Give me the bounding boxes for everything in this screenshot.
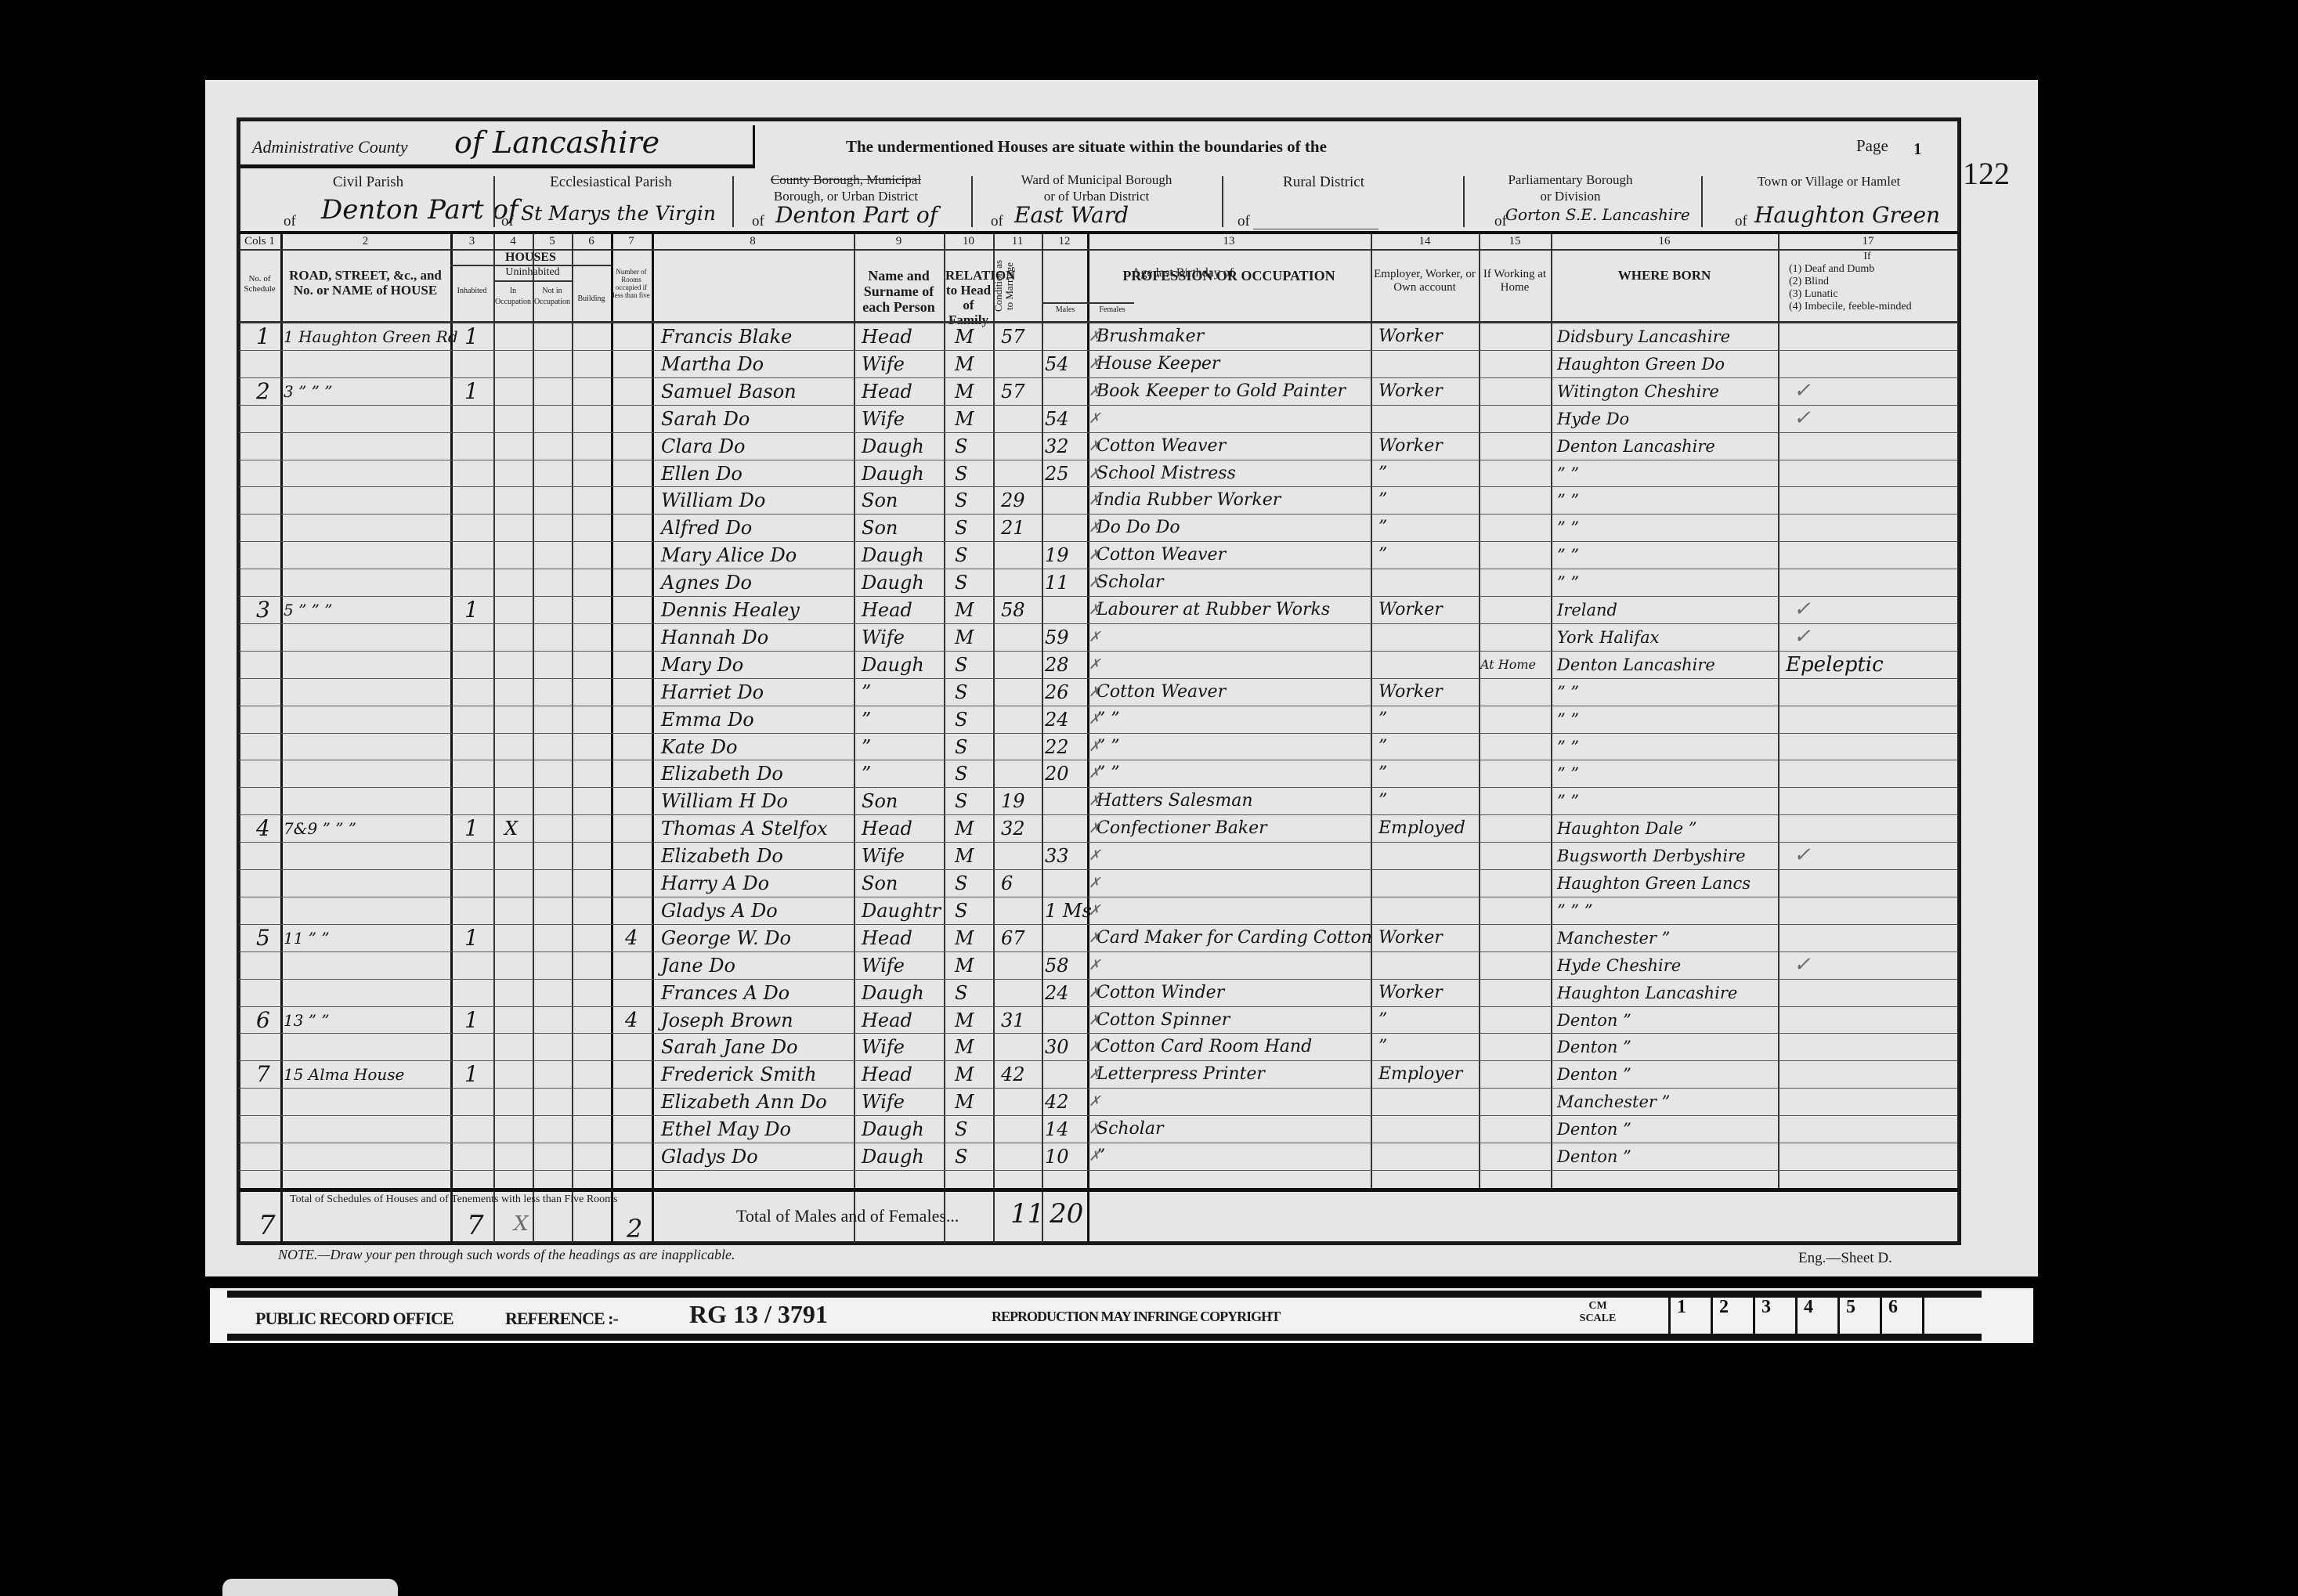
relation: Son	[862, 515, 898, 542]
employer-worker: ”	[1378, 487, 1387, 515]
condition: M	[955, 1034, 974, 1061]
uninhabited-divider	[493, 280, 572, 282]
occupation: Cotton Weaver	[1097, 542, 1226, 569]
rooms-header: Number of Rooms occupied if less than fi…	[611, 268, 652, 299]
total-schedules-label: Total of Schedules of Houses and of Tene…	[290, 1193, 446, 1205]
column-header: No. of Schedule	[240, 274, 279, 294]
relation: ”	[862, 679, 871, 706]
condition: S	[955, 788, 967, 815]
condition: S	[955, 652, 967, 679]
employer-worker: Worker	[1378, 323, 1443, 351]
occupation: School Mistress	[1097, 460, 1236, 488]
person-name: Alfred Do	[661, 515, 752, 542]
age-male: 67	[1001, 925, 1025, 952]
relation: Daugh	[862, 652, 924, 679]
occupation: Cotton Winder	[1097, 980, 1224, 1007]
inhabited: 1	[464, 1061, 479, 1089]
age-male: 58	[1001, 597, 1025, 624]
relation: Head	[862, 815, 912, 843]
civil-parish-label: Civil Parish	[298, 174, 439, 191]
person-name: Clara Do	[661, 433, 745, 460]
age-male: 32	[1001, 815, 1025, 843]
inhabited: 1	[464, 1007, 479, 1035]
occupation: Scholar	[1097, 1116, 1163, 1143]
tick-mark: ✗	[1089, 542, 1100, 569]
tick-mark: ✗	[1089, 980, 1100, 1007]
employer-worker: Worker	[1378, 679, 1443, 706]
person-name: Gladys Do	[661, 1143, 758, 1171]
rooms: 4	[625, 925, 638, 952]
total-schedules: 7	[258, 1210, 276, 1241]
where-born: Hyde Cheshire	[1557, 952, 1681, 980]
age-female: 24	[1045, 706, 1069, 734]
person-name: George W. Do	[661, 925, 791, 952]
column-number: 11	[993, 235, 1042, 248]
relation: Head	[862, 378, 912, 406]
condition: M	[955, 406, 974, 433]
total-females: 20	[1050, 1198, 1083, 1229]
relation: Son	[862, 788, 898, 815]
total-inhabited: 7	[467, 1210, 484, 1241]
address: 13 ” ”	[284, 1007, 330, 1035]
condition: S	[955, 460, 967, 488]
person-name: Gladys A Do	[661, 897, 778, 925]
scale-box: 5	[1837, 1294, 1880, 1334]
column-divider	[652, 233, 654, 1243]
condition: M	[955, 843, 974, 870]
scale-box: 2	[1711, 1294, 1753, 1334]
infirmity-header: (4) Imbecile, feeble-minded	[1789, 301, 1912, 313]
tick-mark: ✗	[1089, 870, 1100, 897]
where-born: Denton ”	[1557, 1143, 1631, 1171]
where-born: ” ” ”	[1557, 897, 1593, 925]
occupation: Cotton Spinner	[1097, 1007, 1230, 1035]
where-born: ” ”	[1557, 487, 1579, 515]
address: 1 Haughton Green Rd	[284, 323, 458, 351]
age-male: 31	[1001, 1007, 1025, 1035]
infirmity-header: (2) Blind	[1789, 276, 1829, 288]
relation: Wife	[862, 952, 905, 980]
where-born: ” ”	[1557, 788, 1579, 815]
tick-mark: ✗	[1089, 652, 1100, 679]
relation: Head	[862, 1061, 912, 1089]
person-name: William H Do	[661, 788, 788, 815]
check-mark: ✓	[1794, 951, 1811, 979]
where-born: Haughton Lancashire	[1557, 980, 1737, 1007]
schedule-number: 4	[256, 815, 270, 843]
building-header: Building	[572, 294, 611, 305]
ward-label-1-text: Ward of Municipal Borough	[1021, 172, 1172, 187]
schedule-number: 2	[256, 378, 270, 406]
occupation: Scholar	[1097, 569, 1163, 597]
person-name: Samuel Bason	[661, 378, 797, 406]
inhabited: 1	[464, 925, 479, 952]
person-name: Martha Do	[661, 351, 764, 378]
address: 15 Alma House	[284, 1061, 404, 1089]
person-name: William Do	[661, 487, 765, 515]
infirmity-header: (3) Lunatic	[1789, 288, 1838, 301]
occupation: Confectioner Baker	[1097, 815, 1267, 843]
condition: M	[955, 597, 974, 624]
infirmity-header: (1) Deaf and Dumb	[1789, 263, 1874, 276]
where-born: Haughton Dale ”	[1557, 815, 1697, 843]
age-female: 26	[1045, 679, 1069, 706]
column-number: 8	[652, 235, 854, 248]
where-born: ” ”	[1557, 515, 1579, 542]
condition: M	[955, 378, 974, 406]
of-4: of	[991, 213, 1003, 230]
column-divider	[944, 233, 945, 1243]
person-name: Jane Do	[661, 952, 735, 980]
column-number: 10	[944, 235, 993, 248]
relation: Daugh	[862, 980, 924, 1007]
of-1: of	[284, 213, 296, 230]
condition: S	[955, 870, 967, 897]
tick-mark: ✗	[1089, 734, 1100, 761]
where-born: ” ”	[1557, 679, 1579, 706]
employer-worker: Worker	[1378, 433, 1443, 460]
inhabited: 1	[464, 378, 479, 406]
employer-worker: ”	[1378, 1034, 1387, 1061]
age-female: 10	[1045, 1143, 1069, 1171]
column-number: 7	[611, 235, 652, 248]
column-header: ROAD, STREET, &c., and No. or NAME of HO…	[282, 268, 449, 298]
not-in-occupation-header: Not in Occupation	[533, 286, 572, 308]
person-name: Ethel May Do	[661, 1116, 791, 1143]
person-name: Sarah Jane Do	[661, 1034, 798, 1061]
relation: Wife	[862, 624, 905, 652]
column-divider	[450, 233, 453, 1243]
relation: ”	[862, 706, 871, 734]
tick-mark: ✗	[1089, 925, 1100, 952]
person-name: Elizabeth Ann Do	[661, 1089, 827, 1116]
employer-worker: ”	[1378, 734, 1387, 761]
tick-mark: ✗	[1089, 760, 1100, 788]
occupation: Letterpress Printer	[1097, 1061, 1265, 1089]
strip-office: PUBLIC RECORD OFFICE	[255, 1309, 453, 1329]
borough-label-1: County Borough, Municipal	[748, 172, 944, 188]
age-male: 6	[1001, 870, 1013, 897]
column-number: 2	[280, 235, 450, 248]
where-born: Didsbury Lancashire	[1557, 323, 1730, 351]
tick-mark: ✗	[1089, 1143, 1100, 1171]
occupation: Cotton Card Room Hand	[1097, 1034, 1312, 1061]
folio-number: 122	[1963, 155, 2010, 192]
total-males: 11	[1010, 1198, 1044, 1229]
employer-worker: Worker	[1378, 925, 1443, 952]
relation: Head	[862, 925, 912, 952]
age-female: 25	[1045, 460, 1069, 488]
relation: Wife	[862, 351, 905, 378]
employer-worker: Worker	[1378, 980, 1443, 1007]
age-male: 57	[1001, 378, 1025, 406]
relation: Son	[862, 870, 898, 897]
occupation: Book Keeper to Gold Painter	[1097, 378, 1346, 406]
condition: M	[955, 1007, 974, 1035]
scale-box: 6	[1880, 1294, 1922, 1334]
where-born: ” ”	[1557, 460, 1579, 488]
tick-mark: ✗	[1089, 1034, 1100, 1061]
occupation: Cotton Weaver	[1097, 433, 1226, 460]
tick-mark: ✗	[1089, 788, 1100, 815]
where-born: Ireland	[1557, 597, 1617, 624]
person-name: Mary Alice Do	[661, 542, 797, 569]
employer-worker: ”	[1378, 515, 1387, 542]
person-name: Francis Blake	[661, 323, 792, 351]
employer-worker: ”	[1378, 460, 1387, 488]
borough-value: Denton Part of	[775, 202, 938, 228]
tick-mark: ✗	[1089, 597, 1100, 624]
where-born: ” ”	[1557, 706, 1579, 734]
where-born: Hyde Do	[1557, 406, 1629, 433]
relation: Wife	[862, 843, 905, 870]
age-female: 14	[1045, 1116, 1069, 1143]
condition: S	[955, 734, 967, 761]
infirmity-header: If	[1789, 251, 1946, 263]
tick-mark: ✗	[1089, 815, 1100, 843]
schedule-number: 5	[256, 925, 270, 952]
person-name: Sarah Do	[661, 406, 750, 433]
rural-label: Rural District	[1238, 174, 1410, 191]
age-female: 28	[1045, 652, 1069, 679]
of-7: of	[1735, 213, 1747, 230]
where-born: Bugsworth Derbyshire	[1557, 843, 1746, 870]
relation: Daughtr	[862, 897, 941, 925]
address: 5 ” ” ”	[284, 597, 332, 624]
condition: M	[955, 1061, 974, 1089]
scale-box: 4	[1795, 1294, 1837, 1334]
column-number: 4	[493, 235, 533, 248]
condition: M	[955, 624, 974, 652]
age-female: 22	[1045, 734, 1069, 761]
scale-box-end	[1922, 1294, 1969, 1334]
tick-mark: ✗	[1089, 843, 1100, 870]
tick-mark: ✗	[1089, 406, 1100, 433]
tick-mark: ✗	[1089, 1116, 1100, 1143]
occupation: Card Maker for Carding Cotton	[1097, 925, 1372, 952]
inhabited: 1	[464, 597, 479, 624]
tick-mark: ✗	[1089, 897, 1100, 925]
town-label: Town or Village or Hamlet	[1707, 174, 1950, 190]
employer-worker: ”	[1378, 760, 1387, 788]
age-female: 20	[1045, 760, 1069, 788]
tick-mark: ✗	[1089, 624, 1100, 652]
person-name: Joseph Brown	[661, 1007, 793, 1035]
person-name: Dennis Healey	[661, 597, 800, 624]
age-female: 30	[1045, 1034, 1069, 1061]
of-2: of	[501, 213, 514, 230]
person-name: Elizabeth Do	[661, 760, 783, 788]
uninhabited-mark: X	[504, 815, 518, 843]
column-number: 17	[1778, 235, 1958, 248]
total-rooms: 2	[627, 1214, 642, 1244]
check-mark: ✓	[1794, 405, 1811, 432]
relation: Daugh	[862, 569, 924, 597]
tick-mark: ✗	[1089, 351, 1100, 378]
where-born: Denton ”	[1557, 1116, 1631, 1143]
footer-note: NOTE.—Draw your pen through such words o…	[278, 1247, 735, 1263]
column-number: 15	[1479, 235, 1551, 248]
check-mark: ✓	[1794, 842, 1811, 869]
tick-mark: ✗	[1089, 1089, 1100, 1116]
tick-mark: ✗	[1089, 433, 1100, 460]
scale-box: 3	[1753, 1294, 1795, 1334]
column-number: 5	[533, 235, 572, 248]
occupation: Labourer at Rubber Works	[1097, 597, 1330, 624]
eccl-parish-label: Ecclesiastical Parish	[517, 174, 705, 191]
column-divider	[572, 233, 573, 1243]
relation: ”	[862, 760, 871, 788]
person-name: Harry A Do	[661, 870, 769, 897]
tick-mark: ✗	[1089, 1007, 1100, 1035]
age-header: Age last Birthday of	[1042, 266, 1324, 280]
person-name: Elizabeth Do	[661, 843, 783, 870]
tick-mark: ✗	[1089, 1061, 1100, 1089]
infirmity: Epeleptic	[1786, 652, 1884, 679]
relation: Head	[862, 323, 912, 351]
condition: S	[955, 569, 967, 597]
relation: Wife	[862, 1034, 905, 1061]
relation: ”	[862, 734, 871, 761]
relation: Daugh	[862, 460, 924, 488]
column-divider	[280, 233, 283, 1243]
employer-worker: Worker	[1378, 597, 1443, 624]
relation: Daugh	[862, 542, 924, 569]
column-header: If Working at Home	[1480, 268, 1549, 294]
employer-worker: ”	[1378, 706, 1387, 734]
civil-parish-value: Denton Part of	[321, 194, 518, 226]
rooms: 4	[625, 1007, 638, 1035]
relation: Head	[862, 597, 912, 624]
condition: S	[955, 515, 967, 542]
town-value: Haughton Green	[1754, 202, 1940, 228]
in-occupation-header: In Occupation	[493, 286, 533, 308]
occupation: Hatters Salesman	[1097, 788, 1252, 815]
condition: M	[955, 323, 974, 351]
employer-worker: ”	[1378, 788, 1387, 815]
of-3: of	[752, 213, 764, 230]
employer-worker: ”	[1378, 1007, 1387, 1035]
eccl-parish-value: St Marys the Virgin	[521, 202, 716, 225]
occupation: Cotton Weaver	[1097, 679, 1226, 706]
occupation: India Rubber Worker	[1097, 487, 1281, 515]
bottom-tab	[222, 1579, 398, 1596]
relation: Head	[862, 1007, 912, 1035]
parl-value: Gorton S.E. Lancashire	[1505, 205, 1690, 224]
column-number: 14	[1371, 235, 1479, 248]
age-female: 54	[1045, 406, 1069, 433]
person-name: Emma Do	[661, 706, 754, 734]
age-male: 21	[1001, 515, 1025, 542]
inhabited-header: Inhabited	[450, 286, 493, 297]
age-divider	[1042, 302, 1134, 304]
person-name: Ellen Do	[661, 460, 743, 488]
column-divider	[533, 233, 534, 1243]
uninhabited-header: Uninhabited	[493, 266, 572, 279]
condition: S	[955, 1143, 967, 1171]
where-born: Manchester ”	[1557, 1089, 1670, 1116]
person-name: Frances A Do	[661, 980, 789, 1007]
tick-mark: ✗	[1089, 706, 1100, 734]
column-header: Name and Surname of each Person	[855, 268, 942, 315]
condition: S	[955, 542, 967, 569]
column-header: WHERE BORN	[1552, 268, 1776, 283]
condition: S	[955, 433, 967, 460]
tick-mark: ✗	[1089, 378, 1100, 406]
age-female: 32	[1045, 433, 1069, 460]
person-name: Kate Do	[661, 734, 737, 761]
condition: M	[955, 1089, 974, 1116]
column-header: RELATION to Head of Family	[945, 268, 992, 327]
where-born: ” ”	[1557, 569, 1579, 597]
condition: S	[955, 706, 967, 734]
parl-label-1: Parliamentary Borough	[1472, 172, 1668, 188]
where-born: Denton ”	[1557, 1007, 1631, 1035]
rural-value-line	[1253, 229, 1378, 229]
schedule-number: 6	[256, 1007, 270, 1035]
where-born: Haughton Green Lancs	[1557, 870, 1751, 897]
inhabited: 1	[464, 323, 479, 351]
strip-copyright: REPRODUCTION MAY INFRINGE COPYRIGHT	[992, 1309, 1280, 1325]
relation: Wife	[862, 406, 905, 433]
condition: S	[955, 679, 967, 706]
employer-worker: ”	[1378, 542, 1387, 569]
age-male: 42	[1001, 1061, 1025, 1089]
age-female: 54	[1045, 351, 1069, 378]
age-female: 24	[1045, 980, 1069, 1007]
column-divider	[611, 233, 613, 1243]
where-born: Haughton Green Do	[1557, 351, 1725, 378]
tick-mark: ✗	[1089, 679, 1100, 706]
tick-mark: ✗	[1089, 952, 1100, 980]
age-female: 58	[1045, 952, 1069, 980]
parl-label-2: or Division	[1472, 189, 1668, 204]
person-name: Harriet Do	[661, 679, 764, 706]
person-name: Hannah Do	[661, 624, 768, 652]
employer-worker: Employer	[1378, 1061, 1462, 1089]
person-name: Agnes Do	[661, 569, 752, 597]
inhabited: 1	[464, 815, 479, 843]
age-male: 57	[1001, 323, 1025, 351]
person-name: Frederick Smith	[661, 1061, 817, 1089]
tick-mark: ✗	[1089, 323, 1100, 351]
strip-reference: RG 13 / 3791	[689, 1300, 828, 1329]
age-male: 19	[1001, 788, 1025, 815]
where-born: ” ”	[1557, 734, 1579, 761]
at-home: At Home	[1480, 652, 1536, 679]
check-mark: ✓	[1794, 623, 1811, 651]
total-uninhabited: X	[514, 1212, 529, 1236]
ward-value: East Ward	[1014, 202, 1129, 228]
column-number: 13	[1087, 235, 1371, 248]
occupation: House Keeper	[1097, 351, 1219, 378]
condition-header: Condition as to Marriage	[993, 258, 1042, 313]
condition: S	[955, 897, 967, 925]
relation: Son	[862, 487, 898, 515]
tick-mark: ✗	[1089, 460, 1100, 488]
person-name: Mary Do	[661, 652, 743, 679]
column-divider	[854, 233, 855, 1243]
houses-header: HOUSES	[450, 251, 611, 265]
occupation: Brushmaker	[1097, 323, 1204, 351]
column-number: 16	[1551, 235, 1778, 248]
where-born: ” ”	[1557, 760, 1579, 788]
scale-box: 1	[1668, 1294, 1711, 1334]
relation: Daugh	[862, 1143, 924, 1171]
borough-label-1-text: County Borough, Municipal	[771, 172, 921, 187]
column-number: 6	[572, 235, 611, 248]
check-mark: ✓	[1794, 377, 1811, 405]
